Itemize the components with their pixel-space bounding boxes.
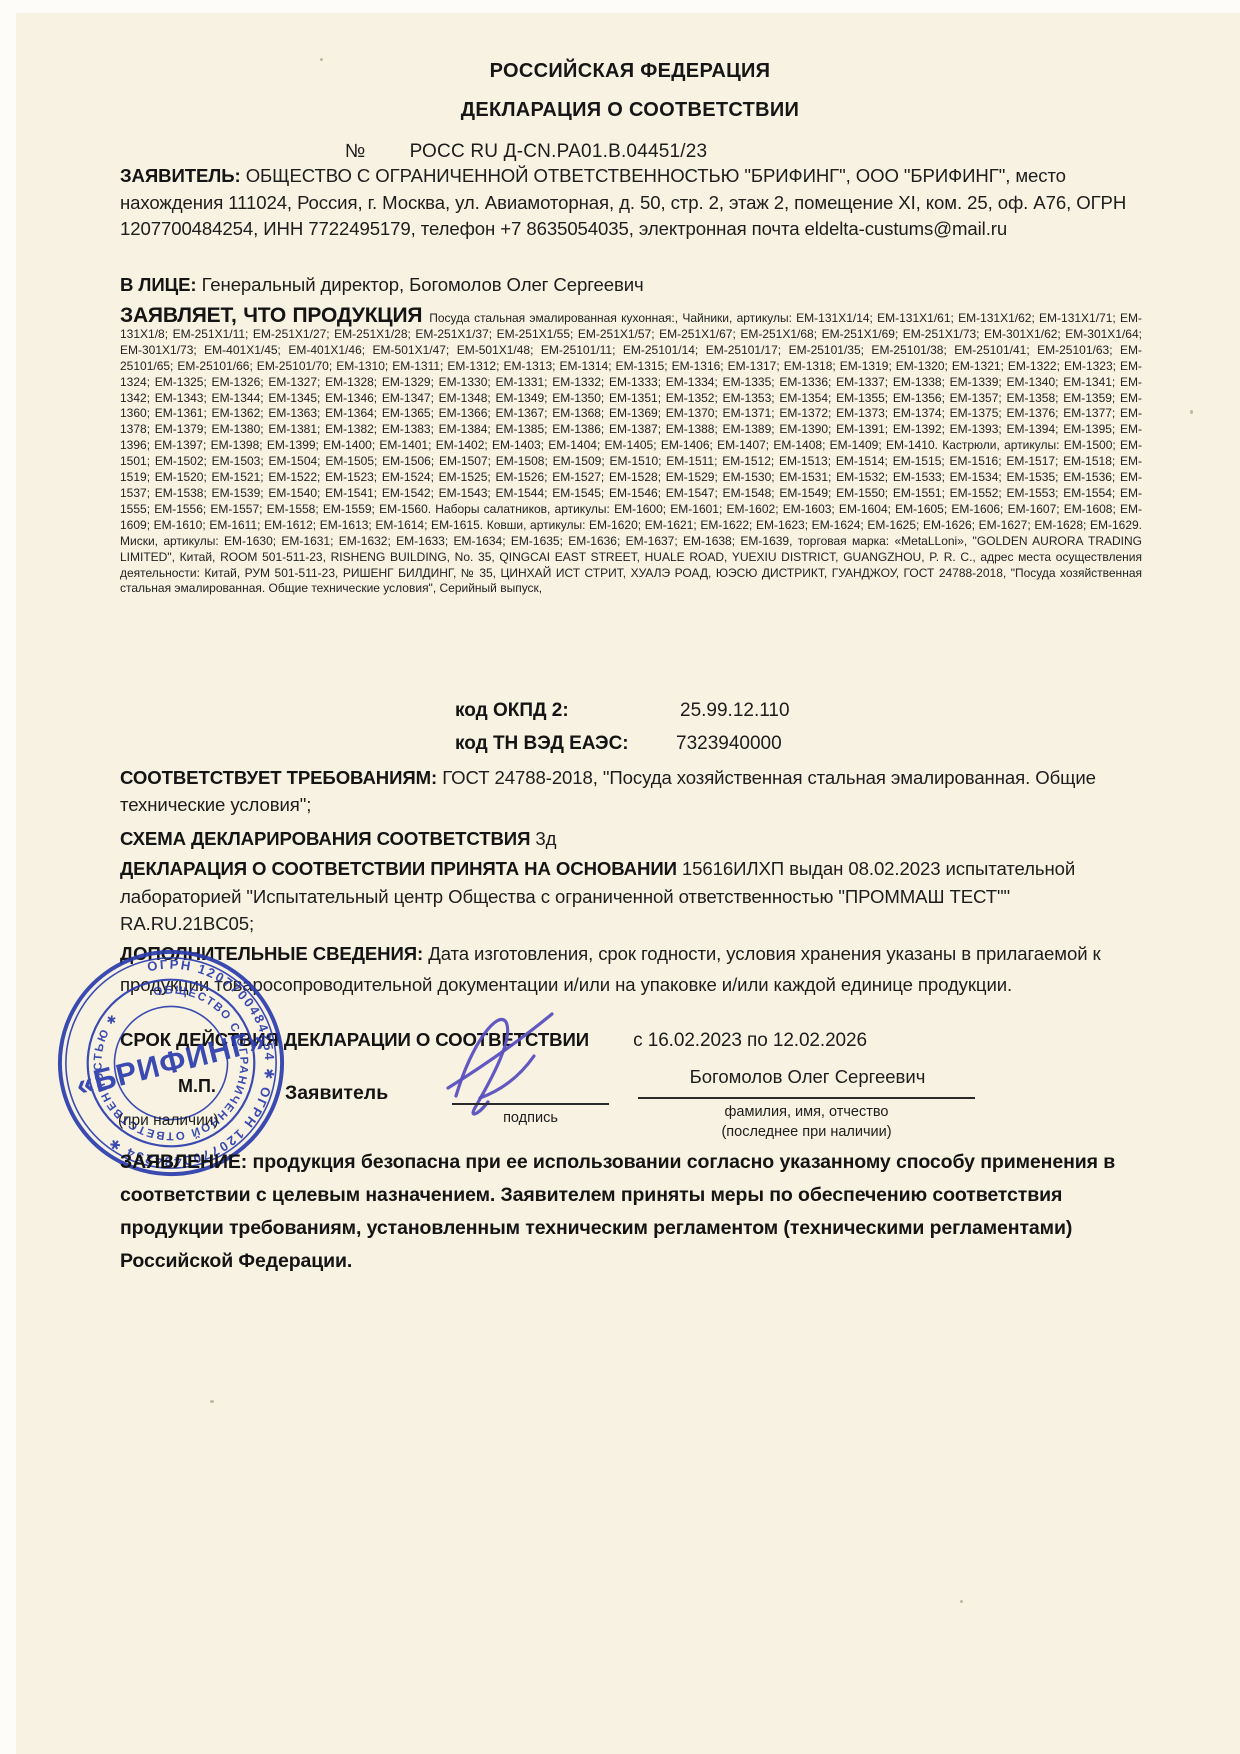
mp-label: М.П. — [178, 1076, 216, 1097]
person-label: В ЛИЦЕ: — [120, 274, 196, 295]
basis-paragraph: ДЕКЛАРАЦИЯ О СООТВЕТСТВИИ ПРИНЯТА НА ОСН… — [120, 855, 1142, 938]
scheme-value: 3д — [535, 828, 556, 849]
basis-label: ДЕКЛАРАЦИЯ О СООТВЕТСТВИИ ПРИНЯТА НА ОСН… — [120, 858, 677, 879]
scan-edge-left — [0, 0, 16, 1754]
person-text: Генеральный директор, Богомолов Олег Сер… — [202, 274, 644, 295]
okpd-code-value: 25.99.12.110 — [680, 700, 790, 722]
signatory-name: Богомолов Олег Сергеевич — [640, 1066, 975, 1088]
signature-line — [452, 1103, 609, 1105]
products-text: Посуда стальная эмалированная кухонная:,… — [120, 311, 1142, 595]
document-title: ДЕКЛАРАЦИЯ О СООТВЕТСТВИИ — [120, 99, 1140, 122]
applicant-text: ОБЩЕСТВО С ОГРАНИЧЕННОЙ ОТВЕТСТВЕННОСТЬЮ… — [120, 165, 1126, 239]
tnved-code-value: 7323940000 — [676, 733, 782, 755]
applicant-paragraph: ЗАЯВИТЕЛЬ: ОБЩЕСТВО С ОГРАНИЧЕННОЙ ОТВЕТ… — [120, 163, 1142, 243]
applicant-role-label: Заявитель — [285, 1082, 388, 1105]
fio-caption: фамилия, имя, отчество — [638, 1104, 975, 1120]
scan-speck — [210, 1400, 214, 1403]
conformity-paragraph: СООТВЕТСТВУЕТ ТРЕБОВАНИЯМ: ГОСТ 24788-20… — [120, 765, 1142, 818]
signature-caption: подпись — [452, 1110, 609, 1126]
name-line — [638, 1097, 975, 1099]
country-title: РОССИЙСКАЯ ФЕДЕРАЦИЯ — [120, 60, 1140, 83]
products-paragraph: ЗАЯВЛЯЕТ, ЧТО ПРОДУКЦИЯПосуда стальная э… — [120, 308, 1142, 597]
declaration-number: РОСС RU Д-CN.РА01.В.04451/23 — [410, 141, 708, 162]
scan-speck — [960, 1600, 963, 1603]
statement-label: ЗАЯВЛЕНИЕ: — [120, 1151, 247, 1173]
statement-paragraph: ЗАЯВЛЕНИЕ: продукция безопасна при ее ис… — [120, 1146, 1142, 1278]
statement-text: продукция безопасна при ее использовании… — [120, 1151, 1115, 1272]
products-label: ЗАЯВЛЯЕТ, ЧТО ПРОДУКЦИЯ — [120, 304, 422, 327]
document-page: РОССИЙСКАЯ ФЕДЕРАЦИЯ ДЕКЛАРАЦИЯ О СООТВЕ… — [0, 0, 1240, 1754]
number-sign: № — [345, 141, 366, 162]
conformity-label: СООТВЕТСТВУЕТ ТРЕБОВАНИЯМ: — [120, 767, 437, 788]
scheme-label: СХЕМА ДЕКЛАРИРОВАНИЯ СООТВЕТСТВИЯ — [120, 828, 530, 849]
handwritten-signature — [418, 998, 588, 1120]
okpd-code-label: код ОКПД 2: — [455, 700, 569, 722]
fio-caption2: (последнее при наличии) — [638, 1124, 975, 1140]
applicant-label: ЗАЯВИТЕЛЬ: — [120, 165, 241, 186]
scan-edge-top — [0, 0, 1240, 13]
validity-value: с 16.02.2023 по 12.02.2026 — [633, 1030, 867, 1051]
person-paragraph: В ЛИЦЕ: Генеральный директор, Богомолов … — [120, 272, 1142, 299]
declaration-number-line: №РОСС RU Д-CN.РА01.В.04451/23 — [345, 141, 707, 163]
scheme-line: СХЕМА ДЕКЛАРИРОВАНИЯ СООТВЕТСТВИЯ 3д — [120, 826, 1142, 853]
tnved-code-label: код ТН ВЭД ЕАЭС: — [455, 733, 629, 755]
mp-if-any-label: (при наличии) — [118, 1112, 219, 1130]
scan-speck — [1190, 410, 1193, 414]
